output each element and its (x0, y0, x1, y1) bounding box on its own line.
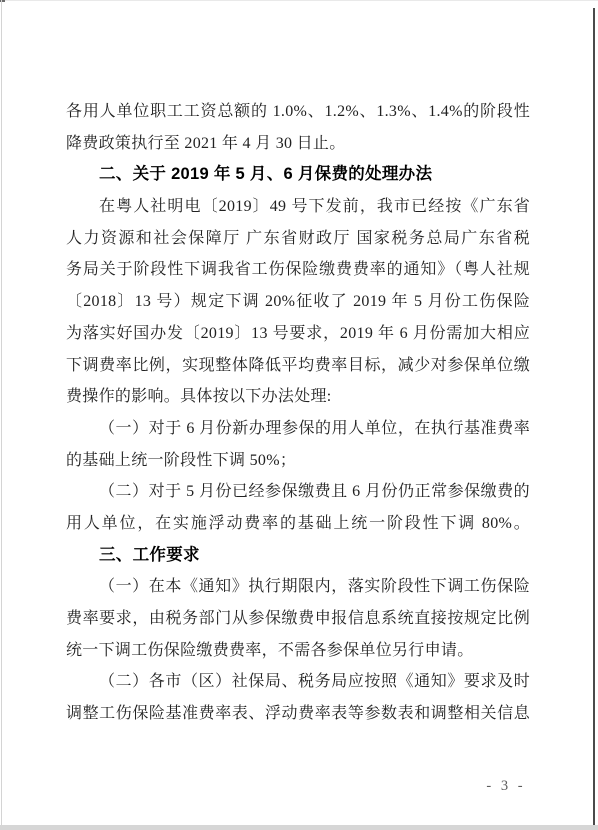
scan-edge-bottom (0, 825, 598, 830)
document-line: 下调费率比例，实现整体降低平均费率目标，减少对参保单位缴 (66, 350, 530, 382)
section-heading-2: 二、关于 2019 年 5 月、6 月保费的处理办法 (66, 159, 530, 191)
document-line: 统一下调工伤保险缴费费率，不需各参保单位另行申请。 (66, 635, 530, 667)
page-number: - 3 - (483, 778, 529, 795)
document-line: 人力资源和社会保障厅 广东省财政厅 国家税务总局广东省税 (66, 223, 530, 255)
document-line: 为落实好国办发〔2019〕13 号要求，2019 年 6 月份需加大相应 (66, 318, 530, 350)
document-body: 各用人单位职工工资总额的 1.0%、1.2%、1.3%、1.4%的阶段性 降费政… (66, 96, 530, 730)
scan-edge-right (593, 8, 595, 826)
document-line: 费率要求，由税务部门从参保缴费申报信息系统直接按规定比例 (66, 603, 530, 635)
document-page: 各用人单位职工工资总额的 1.0%、1.2%、1.3%、1.4%的阶段性 降费政… (0, 0, 598, 830)
document-line: 〔2018〕13 号）规定下调 20%征收了 2019 年 5 月份工伤保险费， (66, 286, 530, 318)
document-line: （一）对于 6 月份新办理参保的用人单位，在执行基准费率 (66, 413, 530, 445)
document-line: 降费政策执行至 2021 年 4 月 30 日止。 (66, 128, 530, 160)
scan-edge-top (0, 0, 598, 1)
document-line: 务局关于阶段性下调我省工伤保险缴费费率的通知》（粤人社规 (66, 254, 530, 286)
section-heading-3: 三、工作要求 (66, 540, 530, 572)
document-line: 费操作的影响。具体按以下办法处理: (66, 381, 530, 413)
document-line: （二）对于 5 月份已经参保缴费且 6 月份仍正常参保缴费的 (66, 476, 530, 508)
document-line: （一）在本《通知》执行期限内，落实阶段性下调工伤保险 (66, 571, 530, 603)
document-line: 各用人单位职工工资总额的 1.0%、1.2%、1.3%、1.4%的阶段性 (66, 96, 530, 128)
document-line: （二）各市（区）社保局、税务局应按照《通知》要求及时 (66, 666, 530, 698)
document-line: 用人单位，在实施浮动费率的基础上统一阶段性下调 80%。 (66, 508, 530, 540)
document-line: 调整工伤保险基准费率表、浮动费率表等参数表和调整相关信息 (66, 698, 530, 730)
document-line: 在粤人社明电〔2019〕49 号下发前，我市已经按《广东省 (66, 191, 530, 223)
document-line: 的基础上统一阶段性下调 50%； (66, 445, 530, 477)
scan-edge-left (1, 0, 2, 830)
